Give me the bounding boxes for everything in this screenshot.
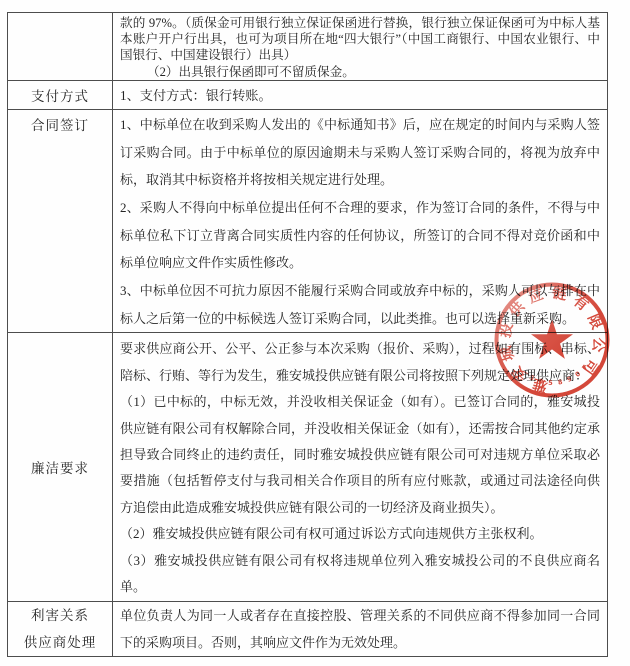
paragraph: 2、采购人不得向中标单位提出任何不合理的要求，作为签订合同的条件，不得与中标单位… xyxy=(120,194,600,277)
row-label-payment-method: 支付方式 xyxy=(8,80,113,109)
paragraph: 3、中标单位因不可抗力原因不能履行采购合同或放弃中标的，采购人可以与排在中标人之… xyxy=(120,277,600,332)
paragraph: 1、支付方式：银行转账。 xyxy=(120,85,600,104)
row-label-empty xyxy=(8,13,113,81)
payment-method-cell: 1、支付方式：银行转账。 xyxy=(113,80,608,109)
paragraph: （2）雅安城投供应链有限公司有权可通过诉讼方式向违规供方主张权利。 xyxy=(120,521,600,547)
related-suppliers-cell: 单位负责人为同一人或者存在直接控股、管理关系的不同供应商不得参加同一合同下的采购… xyxy=(113,601,608,656)
paragraph: （2）出具银行保函即可不留质保金。 xyxy=(120,64,600,80)
contract-signing-cell: 1、中标单位在收到采购人发出的《中标通知书》后，应在规定的时间内与采购人签订采购… xyxy=(113,109,608,333)
paragraph: （3）雅安城投供应链有限公司有权将违规单位列入雅安城投公司的不良供应商名单。 xyxy=(120,548,600,601)
table-row: 廉洁要求 要求供应商公开、公平、公正参与本次采购（报价、采购），过程如有围标、串… xyxy=(8,333,608,601)
table-row: 利害关系 供应商处理 单位负责人为同一人或者存在直接控股、管理关系的不同供应商不… xyxy=(8,601,608,656)
integrity-requirements-cell: 要求供应商公开、公平、公正参与本次采购（报价、采购），过程如有围标、串标、陪标、… xyxy=(113,333,608,601)
scanned-document-page: { "table": { "rows": [ { "label_lines": … xyxy=(0,0,630,666)
row-label-integrity-requirements: 廉洁要求 xyxy=(8,333,113,601)
row-label-line: 供应商处理 xyxy=(12,629,108,656)
row-label-line: 利害关系 xyxy=(12,602,108,629)
row-label-contract-signing: 合同签订 xyxy=(8,109,113,333)
table-row: 合同签订 1、中标单位在收到采购人发出的《中标通知书》后，应在规定的时间内与采购… xyxy=(8,109,608,333)
paragraph: （1）已中标的，中标无效，并没收相关保证金（如有）。已签订合同的，雅安城投供应链… xyxy=(120,389,600,521)
terms-table: 款的 97%。（质保金可用银行独立保证保函进行替换，银行独立保证保函可为中标人基… xyxy=(7,12,608,657)
paragraph: 要求供应商公开、公平、公正参与本次采购（报价、采购），过程如有围标、串标、陪标、… xyxy=(120,336,600,389)
paragraph: 1、中标单位在收到采购人发出的《中标通知书》后，应在规定的时间内与采购人签订采购… xyxy=(120,111,600,194)
deposit-terms-cell: 款的 97%。（质保金可用银行独立保证保函进行替换，银行独立保证保函可为中标人基… xyxy=(113,13,608,81)
table-row: 支付方式 1、支付方式：银行转账。 xyxy=(8,80,608,109)
paragraph: 款的 97%。（质保金可用银行独立保证保函进行替换，银行独立保证保函可为中标人基… xyxy=(120,15,600,64)
paragraph: 单位负责人为同一人或者存在直接控股、管理关系的不同供应商不得参加同一合同下的采购… xyxy=(120,602,600,656)
table-row: 款的 97%。（质保金可用银行独立保证保函进行替换，银行独立保证保函可为中标人基… xyxy=(8,13,608,81)
row-label-related-suppliers: 利害关系 供应商处理 xyxy=(8,601,113,656)
